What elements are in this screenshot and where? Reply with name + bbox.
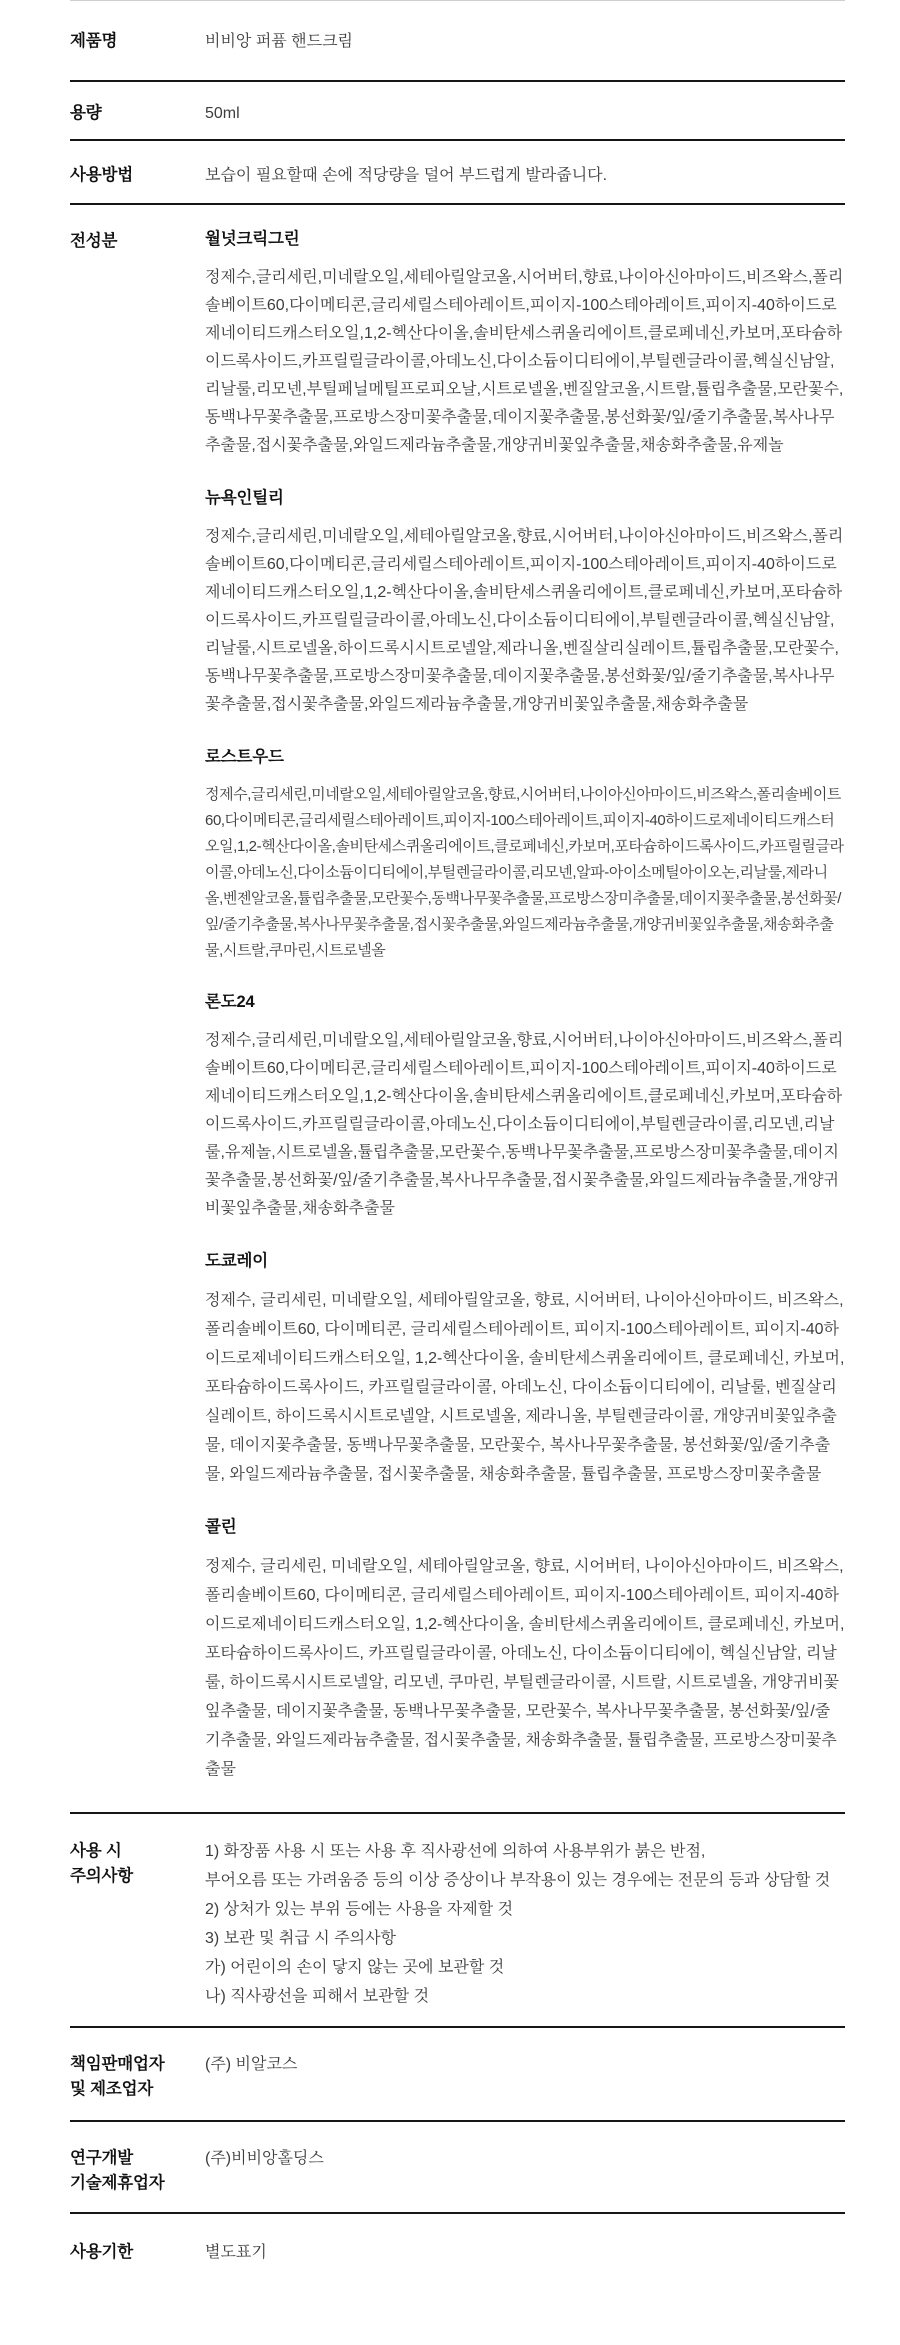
ingredient-group-text: 정제수,글리세린,미네랄오일,세테아릴알코올,시어버터,향료,나이아신아마이드,… [205,264,845,460]
ingredient-group-tokyo-ray: 도쿄레이 정제수, 글리세린, 미네랄오일, 세테아릴알코올, 향료, 시어버터… [205,1249,845,1489]
rnd-partner-value: (주)비비앙홀딩스 [205,2144,845,2171]
precaution-line: 나) 직사광선을 피해서 보관할 것 [205,1982,845,2011]
expiry-label: 사용기한 [70,2238,205,2265]
precautions-row: 사용 시 주의사항 1) 화장품 사용 시 또는 사용 후 직사광선에 의하여 … [70,1814,845,2028]
ingredient-group-rondo24: 론도24 정제수,글리세린,미네랄오일,세테아릴알코올,향료,시어버터,나이아신… [205,990,845,1223]
product-name-label: 제품명 [70,27,205,54]
seller-row: 책임판매업자 및 제조업자 (주) 비알코스 [70,2028,845,2122]
ingredient-group-walnut-creek-green: 월넛크릭그린 정제수,글리세린,미네랄오일,세테아릴알코올,시어버터,향료,나이… [205,227,845,460]
product-info-sheet: 제품명 비비앙 퍼퓸 핸드크림 용량 50ml 사용방법 보습이 필요할때 손에… [70,0,845,2345]
ingredient-group-text: 정제수,글리세린,미네랄오일,세테아릴알코올,향료,시어버터,나이아신아마이드,… [205,1027,845,1223]
ingredient-group-colin: 콜린 정제수, 글리세린, 미네랄오일, 세테아릴알코올, 향료, 시어버터, … [205,1515,845,1784]
ingredient-group-text: 정제수, 글리세린, 미네랄오일, 세테아릴알코올, 향료, 시어버터, 나이아… [205,1552,845,1784]
precaution-line: 가) 어린이의 손이 닿지 않는 곳에 보관할 것 [205,1953,845,1982]
ingredient-group-title: 로스트우드 [205,745,845,769]
ingredient-group-lostwood: 로스트우드 정제수,글리세린,미네랄오일,세테아릴알코올,향료,시어버터,나이아… [205,745,845,964]
ingredient-group-text: 정제수, 글리세린, 미네랄오일, 세테아릴알코올, 향료, 시어버터, 나이아… [205,1286,845,1489]
precautions-label: 사용 시 주의사항 [70,1837,205,1889]
expiry-row: 사용기한 별도표기 [70,2214,845,2325]
precaution-line: 2) 상처가 있는 부위 등에는 사용을 자제할 것 [205,1895,845,1924]
rnd-partner-label: 연구개발 기술제휴업자 [70,2144,205,2196]
seller-value: (주) 비알코스 [205,2050,845,2077]
precaution-line: 3) 보관 및 취급 시 주의사항 [205,1924,845,1953]
precaution-line: 부어오름 또는 가려움증 등의 이상 증상이나 부작용이 있는 경우에는 전문의… [205,1866,845,1895]
volume-label: 용량 [70,99,205,126]
ingredients-content: 월넛크릭그린 정제수,글리세린,미네랄오일,세테아릴알코올,시어버터,향료,나이… [205,227,845,1784]
expiry-value: 별도표기 [205,2238,845,2265]
ingredient-group-text: 정제수,글리세린,미네랄오일,세테아릴알코올,향료,시어버터,나이아신아마이드,… [205,782,845,964]
usage-value: 보습이 필요할때 손에 적당량을 덜어 부드럽게 발라줍니다. [205,161,845,188]
rnd-partner-row: 연구개발 기술제휴업자 (주)비비앙홀딩스 [70,2122,845,2214]
ingredient-group-newyork-intilly: 뉴욕인틸리 정제수,글리세린,미네랄오일,세테아릴알코올,향료,시어버터,나이아… [205,486,845,719]
ingredient-group-title: 론도24 [205,990,845,1014]
precaution-line: 1) 화장품 사용 시 또는 사용 후 직사광선에 의하여 사용부위가 붉은 반… [205,1837,845,1866]
seller-label: 책임판매업자 및 제조업자 [70,2050,205,2102]
precautions-content: 1) 화장품 사용 시 또는 사용 후 직사광선에 의하여 사용부위가 붉은 반… [205,1837,845,2011]
ingredient-group-text: 정제수,글리세린,미네랄오일,세테아릴알코올,향료,시어버터,나이아신아마이드,… [205,523,845,719]
ingredient-group-title: 뉴욕인틸리 [205,486,845,510]
usage-label: 사용방법 [70,161,205,188]
ingredient-group-title: 콜린 [205,1515,845,1539]
ingredient-group-title: 월넛크릭그린 [205,227,845,251]
volume-row: 용량 50ml [70,82,845,141]
product-name-row: 제품명 비비앙 퍼퓸 핸드크림 [70,1,845,82]
usage-row: 사용방법 보습이 필요할때 손에 적당량을 덜어 부드럽게 발라줍니다. [70,141,845,205]
ingredients-label: 전성분 [70,227,205,254]
volume-value: 50ml [205,99,845,126]
ingredient-group-title: 도쿄레이 [205,1249,845,1273]
ingredients-row: 전성분 월넛크릭그린 정제수,글리세린,미네랄오일,세테아릴알코올,시어버터,향… [70,205,845,1814]
product-name-value: 비비앙 퍼퓸 핸드크림 [205,27,845,54]
